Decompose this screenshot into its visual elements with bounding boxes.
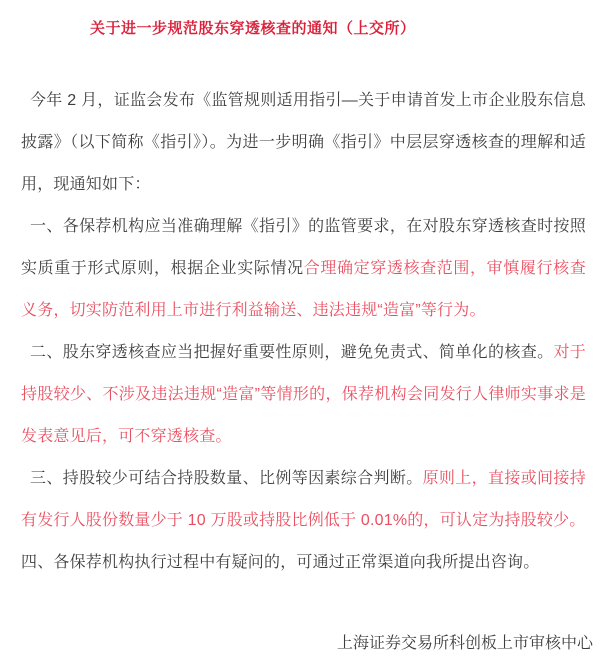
document-title: 关于进一步规范股东穿透核查的通知（上交所）: [90, 8, 606, 50]
notice-document: 关于进一步规范股东穿透核查的通知（上交所） 今年 2 月，证监会发布《监管规则适…: [0, 0, 606, 659]
intro-black-segment: 今年 2 月，证监会发布《监管规则适用指引—关于申请首发上市企业股东信息披露》（…: [21, 92, 586, 193]
paragraph-item3: 三、持股较少可结合持股数量、比例等因素综合判断。原则上，直接或间接持有发行人股份…: [21, 458, 586, 542]
item2-black-segment: 二、股东穿透核查应当把握好重要性原则，避免免责式、简单化的核查。: [30, 344, 553, 361]
paragraph-item4: 四、各保荐机构执行过程中有疑问的，可通过正常渠道向我所提出咨询。: [21, 542, 586, 584]
paragraph-item2: 二、股东穿透核查应当把握好重要性原则，避免免责式、简单化的核查。对于持股较少、不…: [21, 332, 586, 458]
paragraph-intro: 今年 2 月，证监会发布《监管规则适用指引—关于申请首发上市企业股东信息披露》（…: [21, 80, 586, 206]
signature: 上海证券交易所科创板上市审核中心: [0, 623, 593, 659]
paragraph-item1: 一、各保荐机构应当准确理解《指引》的监管要求，在对股东穿透核查时按照实质重于形式…: [21, 206, 586, 332]
item3-black-segment: 三、持股较少可结合持股数量、比例等因素综合判断。: [30, 470, 423, 487]
item4-black-segment: 四、各保荐机构执行过程中有疑问的，可通过正常渠道向我所提出咨询。: [21, 554, 539, 571]
